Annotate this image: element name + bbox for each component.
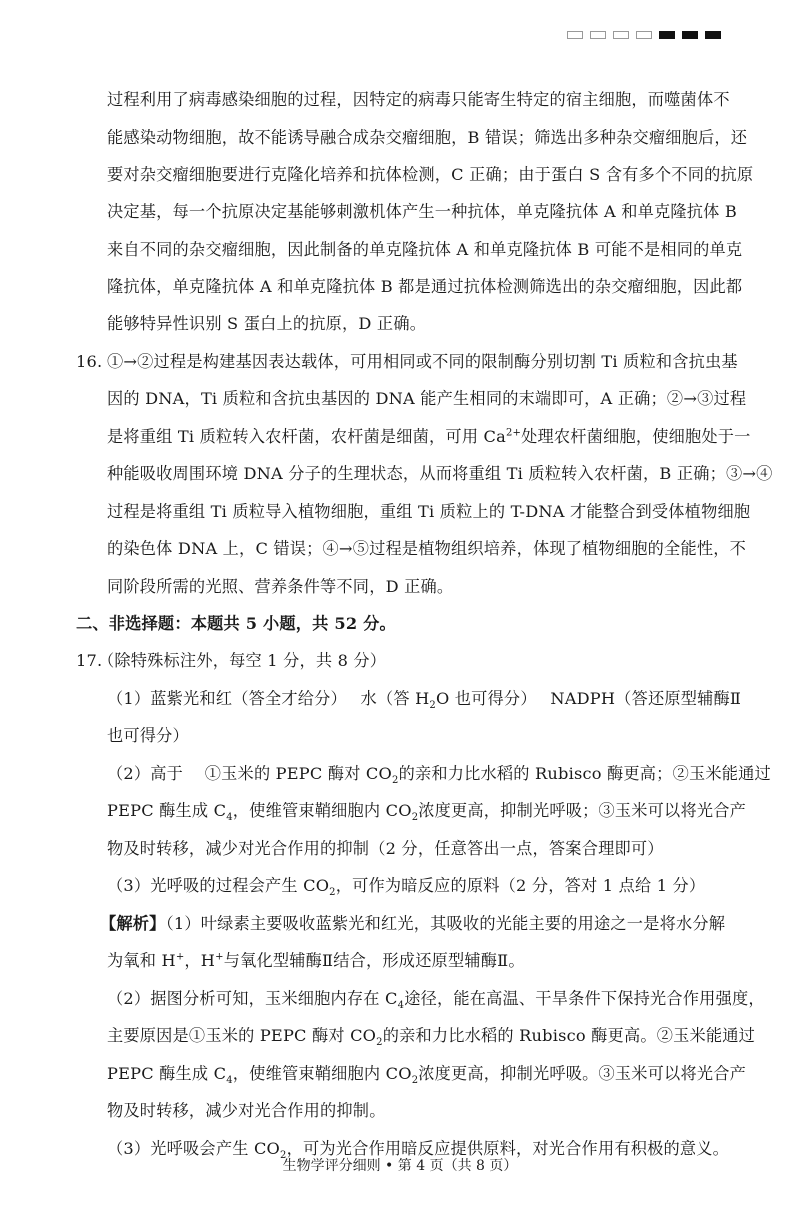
page-mark-filled [682, 31, 698, 39]
q16-line: 过程是将重组 Ti 质粒导入植物细胞，重组 Ti 质粒上的 T-DNA 才能整合… [107, 502, 750, 522]
q15-line: 要对杂交瘤细胞要进行克隆化培养和抗体检测，C 正确；由于蛋白 S 含有多个不同的… [107, 165, 753, 185]
page-position-marks [567, 31, 721, 39]
q17-answer-1: （1）蓝紫光和红（答全才给分） 水（答 H2O 也可得分） NADPH（答还原型… [107, 689, 741, 709]
q15-line: 能感染动物细胞，故不能诱导融合成杂交瘤细胞，B 错误；筛选出多种杂交瘤细胞后，还 [107, 128, 747, 148]
q15-line: 决定基，每一个抗原决定基能够刺激机体产生一种抗体，单克隆抗体 A 和单克隆抗体 … [107, 202, 737, 222]
page-footer: 生物学评分细则 • 第 4 页（共 8 页） [0, 1155, 800, 1175]
analysis-line: 主要原因是①玉米的 PEPC 酶对 CO2的亲和力比水稻的 Rubisco 酶更… [107, 1026, 755, 1046]
q15-line: 隆抗体，单克隆抗体 A 和单克隆抗体 B 都是通过抗体检测筛选出的杂交瘤细胞，因… [107, 277, 742, 297]
section-heading: 二、非选择题：本题共 5 小题，共 52 分。 [76, 614, 396, 634]
q15-line: 来自不同的杂交瘤细胞，因此制备的单克隆抗体 A 和单克隆抗体 B 可能不是相同的… [107, 240, 742, 260]
analysis-label: 【解析】 [100, 914, 166, 933]
q16-line: ①→②过程是构建基因表达载体，可用相同或不同的限制酶分别切割 Ti 质粒和含抗虫… [107, 352, 738, 372]
page-mark-hollow [613, 31, 629, 39]
q16-line: 是将重组 Ti 质粒转入农杆菌，农杆菌是细菌，可用 Ca2+处理农杆菌细胞，使细… [107, 427, 751, 447]
q17-answer-1-cont: 也可得分） [107, 726, 189, 746]
q16-line: 的染色体 DNA 上，C 错误；④→⑤过程是植物组织培养，体现了植物细胞的全能性… [107, 539, 746, 559]
page-mark-hollow [590, 31, 606, 39]
q16-number: 16. [76, 352, 102, 372]
q15-line: 能够特异性识别 S 蛋白上的抗原，D 正确。 [107, 314, 426, 334]
analysis-line: 为氧和 H+，H+与氧化型辅酶Ⅱ结合，形成还原型辅酶Ⅱ。 [107, 951, 525, 971]
analysis-line: 【解析】（1）叶绿素主要吸收蓝紫光和红光，其吸收的光能主要的用途之一是将水分解 [100, 914, 725, 934]
page-mark-filled [705, 31, 721, 39]
q17-answer-2-cont: 物及时转移，减少对光合作用的抑制（2 分，任意答出一点，答案合理即可） [107, 839, 664, 859]
analysis-line: 物及时转移，减少对光合作用的抑制。 [107, 1101, 386, 1121]
q16-line: 种能吸收周围环境 DNA 分子的生理状态，从而将重组 Ti 质粒转入农杆菌，B … [107, 464, 773, 484]
page-mark-hollow [567, 31, 583, 39]
analysis-line: PEPC 酶生成 C4，使维管束鞘细胞内 CO2浓度更高，抑制光呼吸。③玉米可以… [107, 1064, 746, 1084]
analysis-line: （2）据图分析可知，玉米细胞内存在 C4途径，能在高温、干旱条件下保持光合作用强… [107, 989, 765, 1009]
q17-answer-2: （2）高于 ①玉米的 PEPC 酶对 CO2的亲和力比水稻的 Rubisco 酶… [107, 764, 771, 784]
q15-line: 过程利用了病毒感染细胞的过程，因特定的病毒只能寄生特定的宿主细胞，而噬菌体不 [107, 90, 730, 110]
q16-line: 因的 DNA，Ti 质粒和含抗虫基因的 DNA 能产生相同的末端即可，A 正确；… [107, 389, 746, 409]
page-mark-filled [659, 31, 675, 39]
page-mark-hollow [636, 31, 652, 39]
q17-answer-2-cont: PEPC 酶生成 C4，使维管束鞘细胞内 CO2浓度更高，抑制光呼吸；③玉米可以… [107, 801, 746, 821]
q17-answer-3: （3）光呼吸的过程会产生 CO2，可作为暗反应的原料（2 分，答对 1 点给 1… [107, 876, 705, 896]
q16-line: 同阶段所需的光照、营养条件等不同，D 正确。 [107, 577, 453, 597]
q17-scoring-note: （除特殊标注外，每空 1 分，共 8 分） [98, 651, 386, 671]
